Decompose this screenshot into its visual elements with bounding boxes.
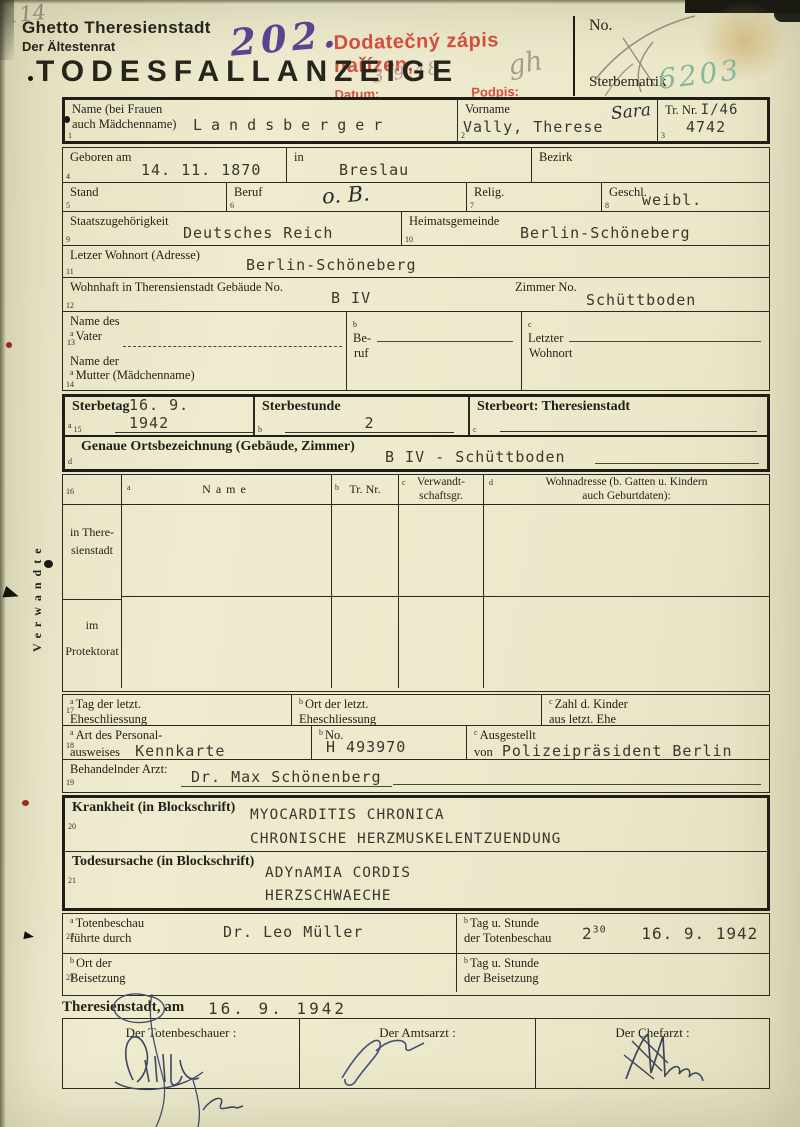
field-number-5: 5 [66, 201, 70, 210]
eltern-wohnort-label2: Wohnort [522, 346, 769, 361]
field-number-15: 15 [74, 425, 82, 434]
field-number-21: 21 [68, 876, 76, 885]
subletter-b: b [299, 697, 303, 706]
trnr-value: I/46 [701, 102, 739, 118]
field-vorname: Vorname 2 Vally, Therese Sara [457, 100, 657, 141]
group-protektorat-label: im Protektorat [63, 600, 121, 688]
row-geboren: Geboren am 4 14. 11. 1870 in Breslau Bez… [63, 148, 769, 183]
sterbematrik-label: Sterbematrik [589, 74, 666, 91]
field-number-13: 13 [67, 338, 75, 347]
subletter-c: c [402, 478, 406, 487]
geschl-value: weibl. [642, 191, 702, 209]
eltern-beruf-label1: Be- [353, 331, 371, 346]
arzt-label: Behandelnder Arzt: [63, 760, 769, 777]
ehe-tag-label2: Eheschliessung [63, 712, 291, 727]
beisetzung-zeit-label2: der Beisetzung [457, 971, 769, 986]
field-number-3: 3 [661, 131, 665, 140]
field-genaue-ortsbezeichnung: Genaue Ortsbezeichnung (Gebäude, Zimmer)… [65, 437, 767, 467]
margin-arrow-mark-2 [23, 931, 34, 941]
title-bullet-mark [28, 76, 33, 81]
beruf-value-handwritten: o. B. [321, 181, 370, 208]
geburtsort-value: Breslau [339, 161, 409, 179]
row-wohnhaft: Wohnhaft in Therensienstadt Gebäude No. … [63, 278, 769, 312]
verwandte-col-verwandtschaft [398, 505, 483, 688]
field-number-4: 4 [66, 172, 70, 181]
subletter-a: a [70, 728, 74, 737]
name-label-line1: Name (bei Frauen [65, 100, 457, 117]
field-number-11: 11 [66, 267, 74, 276]
field-number-8: 8 [605, 201, 609, 210]
eltern-wohnort-label1: Letzter [528, 331, 563, 346]
block-krankheit: Krankheit (in Blockschrift) 20 MYOCARDIT… [62, 795, 770, 911]
field-eltern-namen: Name des aVater 13 Name der aMutter (Mäd… [63, 312, 346, 390]
block-sterbedaten: Sterbetag a15 16. 9. 1942 Sterbestunde b… [62, 394, 770, 472]
subletter-a: a [70, 697, 74, 706]
field-number-7: 7 [470, 201, 474, 210]
geboren-value: 14. 11. 1870 [141, 161, 261, 179]
block-verwandte: 16 a Name b Tr. Nr. c Verwandt- schaftsg… [62, 474, 770, 692]
field-todesursache: Todesursache (in Blockschrift) 21 ADYnAM… [65, 852, 767, 907]
ausweis-label2: ausweises [70, 745, 120, 759]
trnr-label: Tr. Nr. [665, 103, 698, 117]
ausweis-label1: Art des Personal- [76, 728, 163, 742]
org-name-line1: Ghetto Theresienstadt [22, 18, 211, 38]
col-header-verw2: schaftsgr. [399, 490, 483, 504]
scan-edge-top [0, 0, 800, 4]
ehe-tag-label1: Tag der letzt. [76, 697, 141, 711]
ausgestellt-label2: von [474, 745, 493, 759]
totenbeschau-arzt-value: Dr. Leo Müller [223, 923, 363, 941]
row-totenbeschau: aTotenbeschau führte durch 22 Dr. Leo Mü… [63, 914, 769, 954]
stamp-podpis-handwritten: gh [506, 45, 546, 82]
subletter-a: a [70, 368, 74, 377]
row-behandelnder-arzt: Behandelnder Arzt: 19 Dr. Max Schönenber… [63, 760, 769, 788]
subletter-d: d [68, 457, 72, 466]
row-personalausweis: aArt des Personal- ausweises Kennkarte 1… [63, 726, 769, 760]
block-ehe-ausweis-arzt: aTag der letzt. Eheschliessung 17 bOrt d… [62, 694, 770, 793]
subletter-b: b [347, 312, 521, 329]
verwandte-col-adresse [483, 505, 769, 688]
field-number-20: 20 [68, 822, 76, 831]
subletter-b: b [464, 916, 468, 925]
todesursache-value-line1: ADYnAMIA CORDIS [265, 862, 411, 885]
ink-blob [44, 560, 53, 568]
subletter-a: a [127, 483, 131, 492]
stand-label: Stand [63, 183, 226, 200]
chefarzt-signature [606, 1025, 726, 1090]
col-header-trnr: Tr. Nr. [332, 482, 398, 497]
field-number-23: 23 [66, 973, 74, 982]
genaue-ort-underline [595, 463, 759, 464]
mutter-label1: Name der [63, 352, 346, 369]
totenbeschau-stunde-value: 2 [582, 924, 593, 943]
verwandte-header-row: 16 a Name b Tr. Nr. c Verwandt- schaftsg… [63, 475, 769, 505]
col-header-adresse1: Wohnadresse (b. Gatten u. Kindern [484, 476, 769, 490]
field-number-1: 1 [68, 131, 72, 140]
subletter-c: c [549, 697, 553, 706]
row-letzter-wohnort: Letzer Wohnort (Adresse) 11 Berlin-Schön… [63, 246, 769, 278]
field-number-12: 12 [66, 301, 74, 310]
beisetzung-zeit-label1: Tag u. Stunde [470, 956, 539, 970]
row-staatszugehoerigkeit: Staatszugehörigkeit 9 Deutsches Reich He… [63, 212, 769, 246]
group2-line1: im [63, 612, 121, 638]
vater-label2: Vater [76, 329, 102, 343]
field-number-10: 10 [405, 235, 413, 244]
group-theresienstadt-label: in There- sienstadt [63, 505, 121, 600]
kinder-label2: aus letzt. Ehe [542, 712, 769, 727]
totenbeschau-datum-value: 16. 9. 1942 [641, 924, 758, 943]
vater-label1: Name des [63, 312, 346, 329]
field-eltern-wohnort: c Letzter Wohnort [521, 312, 769, 390]
totenbeschau-zeit-label1: Tag u. Stunde [470, 916, 539, 930]
field-number-19: 19 [66, 778, 74, 787]
sterbetag-value: 16. 9. 1942 [115, 396, 253, 433]
row-eltern: Name des aVater 13 Name der aMutter (Mäd… [63, 312, 769, 390]
arzt-value: Dr. Max Schönenberg [181, 768, 392, 787]
relig-label: Relig. [467, 183, 601, 200]
wohnort-leader-line [569, 329, 761, 342]
genaue-ort-value: B IV - Schüttboden [385, 448, 566, 466]
eltern-divider-dash [123, 346, 342, 347]
field-number-18: 18 [66, 741, 74, 750]
letzter-wohnort-value: Berlin-Schöneberg [246, 256, 417, 274]
subletter-b: b [319, 728, 323, 737]
subletter-b: b [70, 956, 74, 965]
org-name-line2: Der Ältestenrat [22, 39, 115, 54]
field-transport-number: Tr. Nr. I/46 3 4742 [657, 100, 767, 141]
field-number-9: 9 [66, 235, 70, 244]
field-number-6: 6 [230, 201, 234, 210]
row-eheschliessung: aTag der letzt. Eheschliessung 17 bOrt d… [63, 695, 769, 726]
heimat-value: Berlin-Schöneberg [520, 224, 691, 242]
sterbeort-label: Sterbeort: Theresienstadt [470, 397, 767, 416]
col-header-adresse2: auch Geburtdaten): [484, 490, 769, 504]
ehe-ort-label1: Ort der letzt. [305, 697, 369, 711]
group1-line2: sienstadt [63, 541, 121, 559]
sara-annotation-handwritten: Sara [610, 100, 652, 124]
zimmer-label: Zimmer No. [515, 280, 577, 295]
totenbeschau-label1: Totenbeschau [76, 916, 145, 930]
field-sterbeort: Sterbeort: Theresienstadt c [468, 397, 767, 435]
subletter-c: c [522, 312, 769, 329]
sterbestunde-value: 2 [285, 414, 454, 433]
beisetzung-ort-label1: Ort der [76, 956, 112, 970]
field-number-17: 17 [66, 706, 74, 715]
red-speck [6, 342, 12, 348]
subletter-b: b [335, 483, 339, 492]
field-name: Name (bei Frauen auch Mädchenname) 1 Lan… [65, 100, 457, 141]
beruf-leader-line [377, 329, 513, 342]
gebaeude-value: B IV [331, 289, 371, 307]
ehe-ort-label2: Eheschliessung [292, 712, 541, 727]
verwandte-col-name [121, 505, 331, 688]
field-number-14: 14 [66, 380, 74, 389]
field-eltern-beruf: b Be- ruf [346, 312, 521, 390]
red-speck-2 [22, 800, 29, 806]
name-value: Landsberger [193, 116, 391, 134]
bezirk-label: Bezirk [532, 148, 769, 165]
arzt-underline [393, 784, 761, 785]
scan-edge-left [0, 0, 6, 1127]
vorname-value: Vally, Therese [463, 118, 603, 136]
totenbeschauer-signature [85, 1022, 275, 1127]
block-name: Name (bei Frauen auch Mädchenname) 1 Lan… [62, 97, 770, 144]
field-number-22: 22 [66, 932, 74, 941]
verwandte-col-trnr [331, 505, 398, 688]
subletter-c: c [474, 728, 478, 737]
group1-line1: in There- [63, 523, 121, 541]
sterbeort-underline [500, 431, 757, 432]
subletter-b: b [258, 425, 262, 434]
mutter-label2: Mutter (Mädchenname) [76, 368, 195, 382]
amtsarzt-signature [330, 1030, 450, 1090]
subletter-d: d [489, 478, 493, 487]
subletter-a: a [70, 329, 74, 338]
todesursache-value-line2: HERZSCHWAECHE [265, 885, 411, 908]
kinder-label1: Zahl d. Kinder [555, 697, 628, 711]
verwandte-body: in There- sienstadt im Protektorat [63, 505, 769, 688]
row-stand-beruf: Stand 5 Beruf 6 o. B. Relig. 7 Geschl. 8… [63, 183, 769, 212]
sterbestunde-label: Sterbestunde [255, 397, 468, 416]
subletter-a: a [70, 916, 74, 925]
field-sterbestunde: Sterbestunde b 2 [253, 397, 468, 435]
ausweis-value: Kennkarte [135, 742, 225, 760]
ausgestellt-label1: Ausgestellt [480, 728, 536, 742]
ausweis-no-value: H 493970 [326, 738, 406, 756]
todesursache-label: Todesursache (in Blockschrift) [65, 852, 767, 871]
block-personal-data: Geboren am 4 14. 11. 1870 in Breslau Bez… [62, 147, 770, 391]
ausgestellt-value: Polizeipräsident Berlin [502, 742, 733, 760]
subletter-b: b [464, 956, 468, 965]
death-notice-scan: 114 Ghetto Theresienstadt Der Ältestenra… [0, 0, 800, 1127]
verwandte-vertical-label: Verwandte [30, 542, 45, 652]
transport-number-value: 4742 [686, 118, 726, 136]
krankheit-value-line1: MYOCARDITIS CHRONICA [250, 804, 561, 828]
field-number-16: 16 [66, 487, 74, 496]
subletter-c: c [473, 425, 477, 434]
staat-value: Deutsches Reich [183, 224, 333, 242]
col-header-verw1: Verwandt- [399, 476, 483, 490]
eltern-beruf-label2: ruf [347, 346, 521, 361]
form-title: TODESFALLANZEIGE [36, 55, 459, 89]
zimmer-value: Schüttboden [586, 291, 696, 309]
krankheit-value-line2: CHRONISCHE HERZMUSKELENTZUENDUNG [250, 828, 561, 852]
field-sterbetag: Sterbetag a15 16. 9. 1942 [65, 397, 253, 435]
group2-line2: Protektorat [63, 638, 121, 664]
col-header-name: Name [122, 482, 331, 497]
subletter-a: a [68, 421, 72, 430]
totenbeschau-stunde-sup: 30 [593, 925, 607, 936]
field-krankheit: Krankheit (in Blockschrift) 20 MYOCARDIT… [65, 798, 767, 852]
